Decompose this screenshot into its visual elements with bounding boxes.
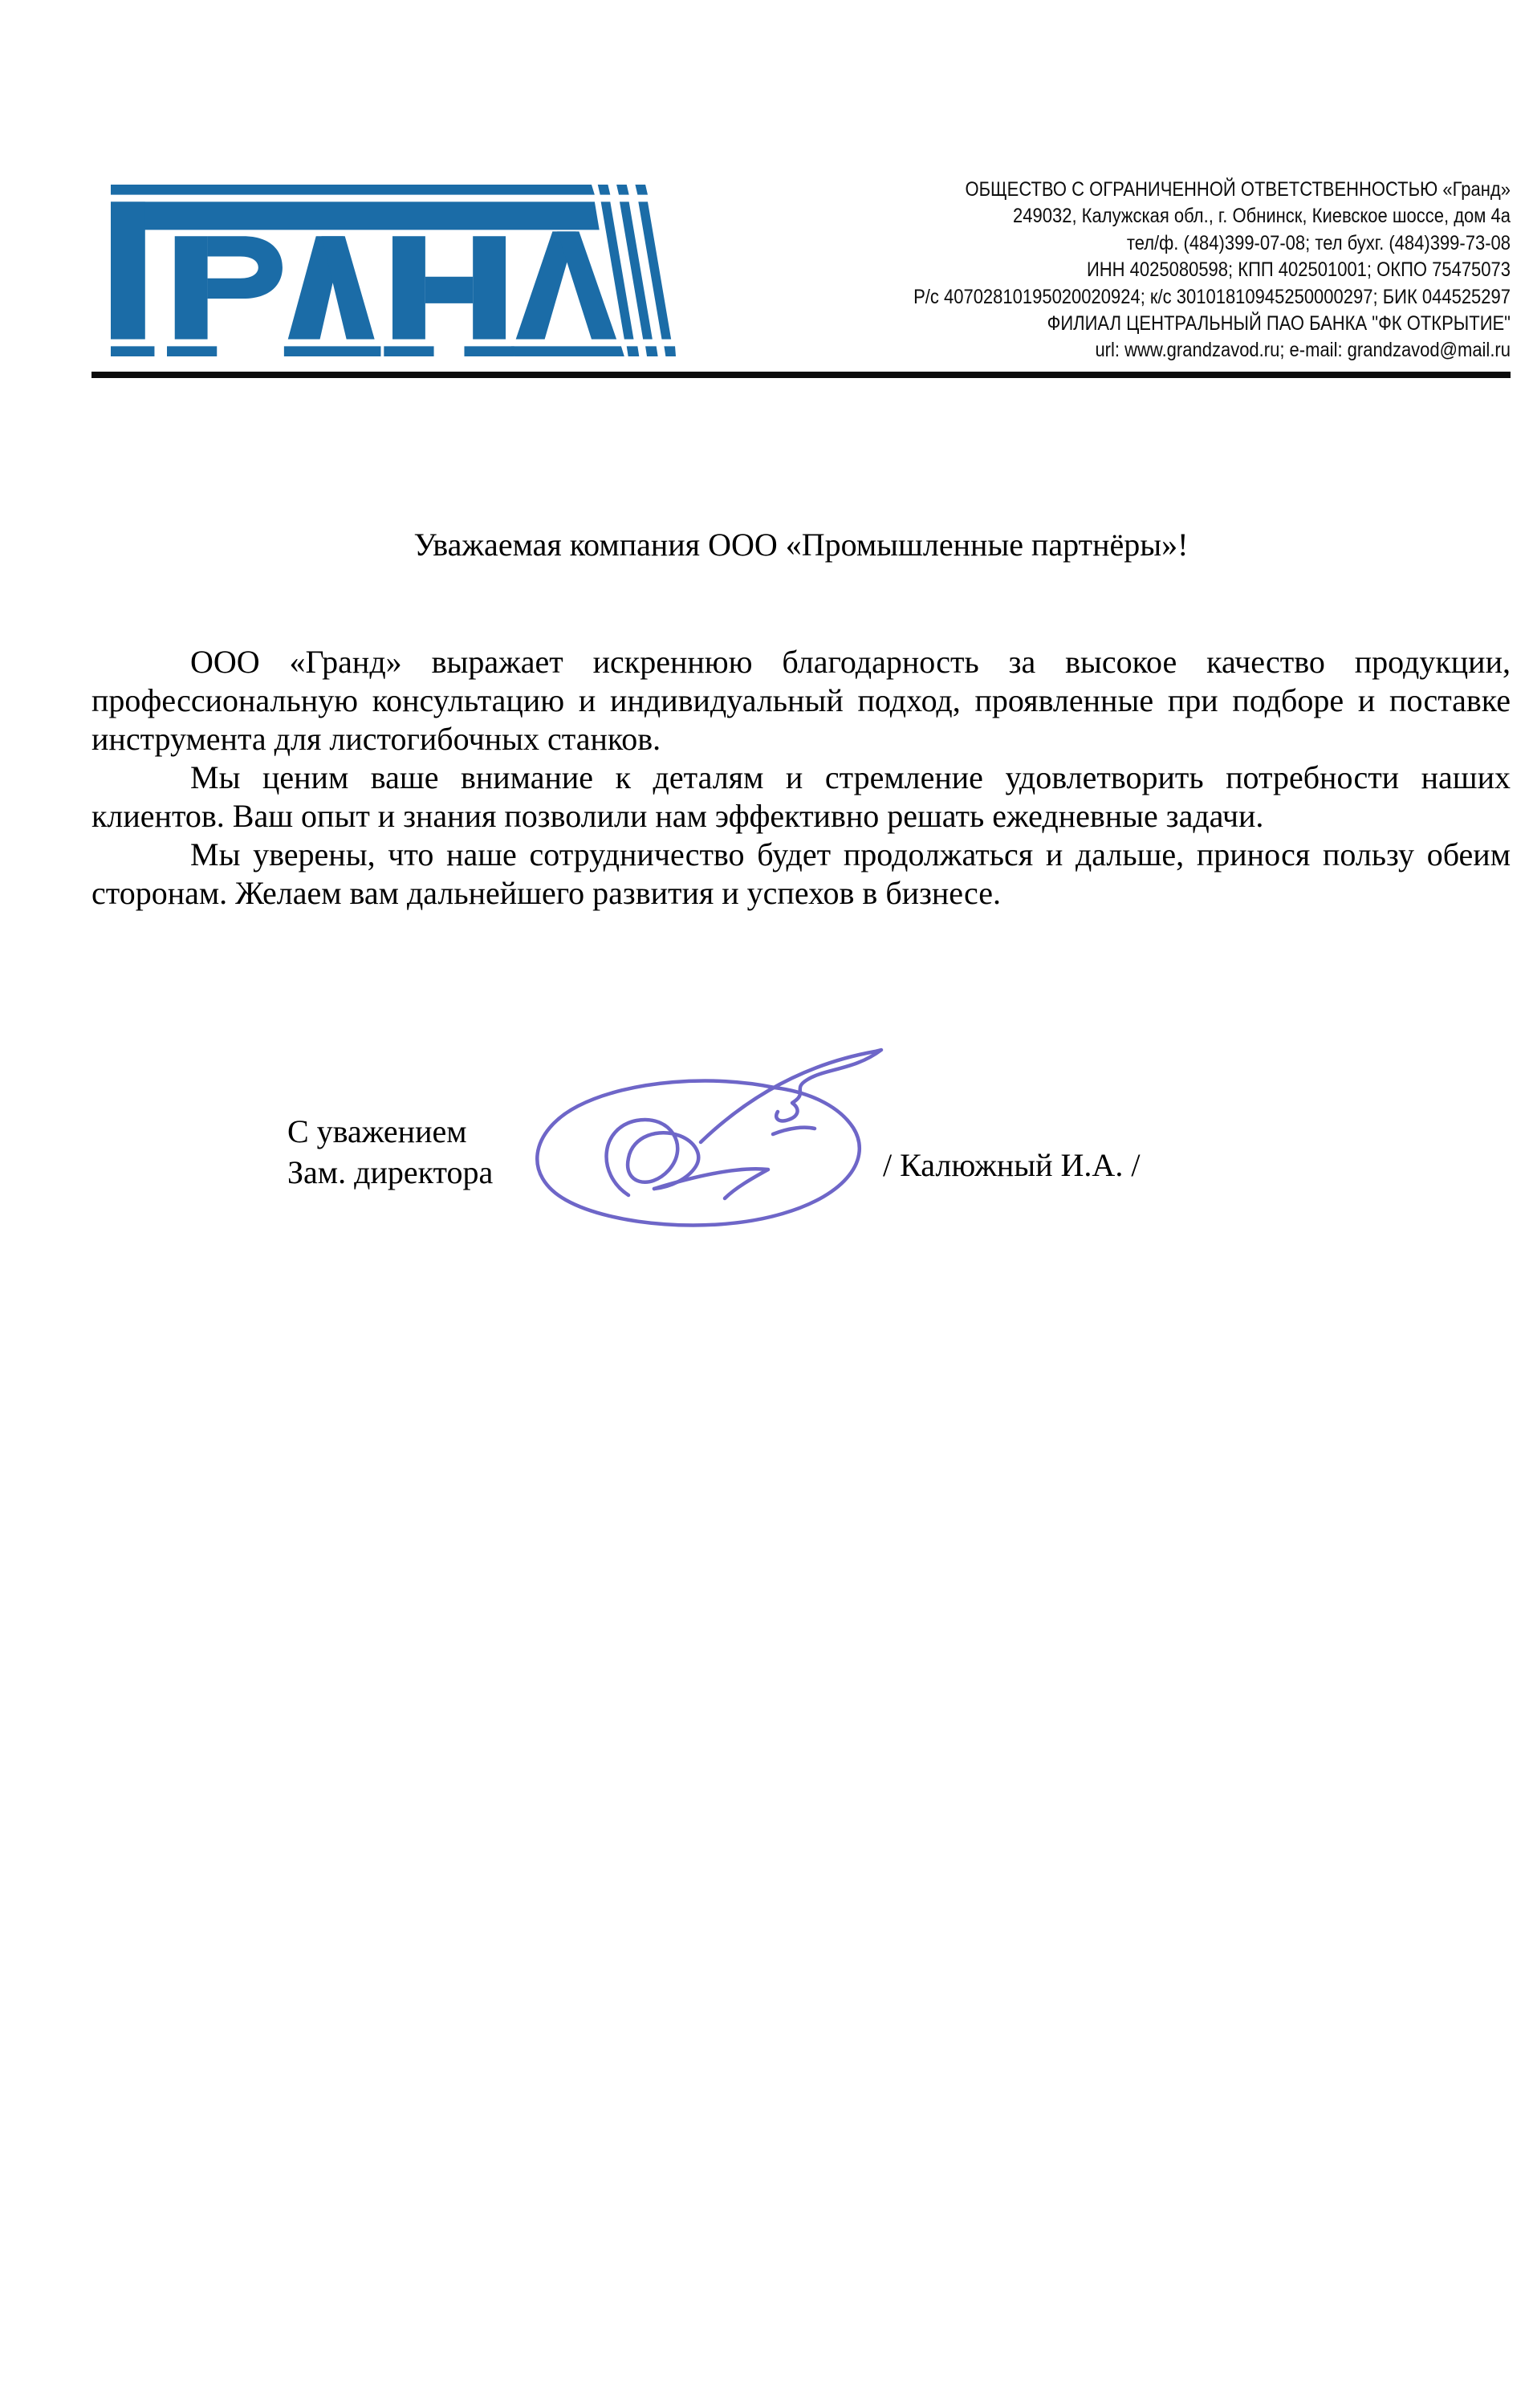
signature-scribble xyxy=(510,1038,903,1235)
letter-body: ООО «Гранд» выражает искреннюю благодарн… xyxy=(91,643,1511,913)
signoff-respect: С уважением xyxy=(287,1111,493,1152)
letterhead-divider-rule xyxy=(91,372,1511,378)
company-inn-line: ИНН 4025080598; КПП 402501001; ОКПО 7547… xyxy=(819,257,1511,283)
company-name-line: ОБЩЕСТВО С ОГРАНИЧЕННОЙ ОТВЕТСТВЕННОСТЬЮ… xyxy=(819,177,1511,203)
company-info: ОБЩЕСТВО С ОГРАНИЧЕННОЙ ОТВЕТСТВЕННОСТЬЮ… xyxy=(819,177,1511,364)
body-paragraph: Мы ценим ваше внимание к деталям и стрем… xyxy=(91,759,1511,836)
company-url-email-line: url: www.grandzavod.ru; e-mail: grandzav… xyxy=(819,337,1511,364)
body-paragraph: Мы уверены, что наше сотрудничество буде… xyxy=(91,836,1511,913)
company-address-line: 249032, Калужская обл., г. Обнинск, Киев… xyxy=(819,203,1511,230)
signer-name: / Калюжный И.А. / xyxy=(883,1146,1140,1184)
letter-document: ОБЩЕСТВО С ОГРАНИЧЕННОЙ ОТВЕТСТВЕННОСТЬЮ… xyxy=(0,0,1529,2408)
grand-logo xyxy=(111,182,676,359)
body-paragraph: ООО «Гранд» выражает искреннюю благодарн… xyxy=(91,643,1511,759)
company-accounts-line: Р/с 40702810195020020924; к/с 3010181094… xyxy=(819,284,1511,311)
salutation: Уважаемая компания ООО «Промышленные пар… xyxy=(91,526,1511,563)
signoff-title: Зам. директора xyxy=(287,1152,493,1193)
company-phones-line: тел/ф. (484)399-07-08; тел бухг. (484)39… xyxy=(819,230,1511,257)
signoff-block: С уважением Зам. директора xyxy=(287,1111,493,1193)
company-bank-line: ФИЛИАЛ ЦЕНТРАЛЬНЫЙ ПАО БАНКА "ФК ОТКРЫТИ… xyxy=(819,311,1511,337)
